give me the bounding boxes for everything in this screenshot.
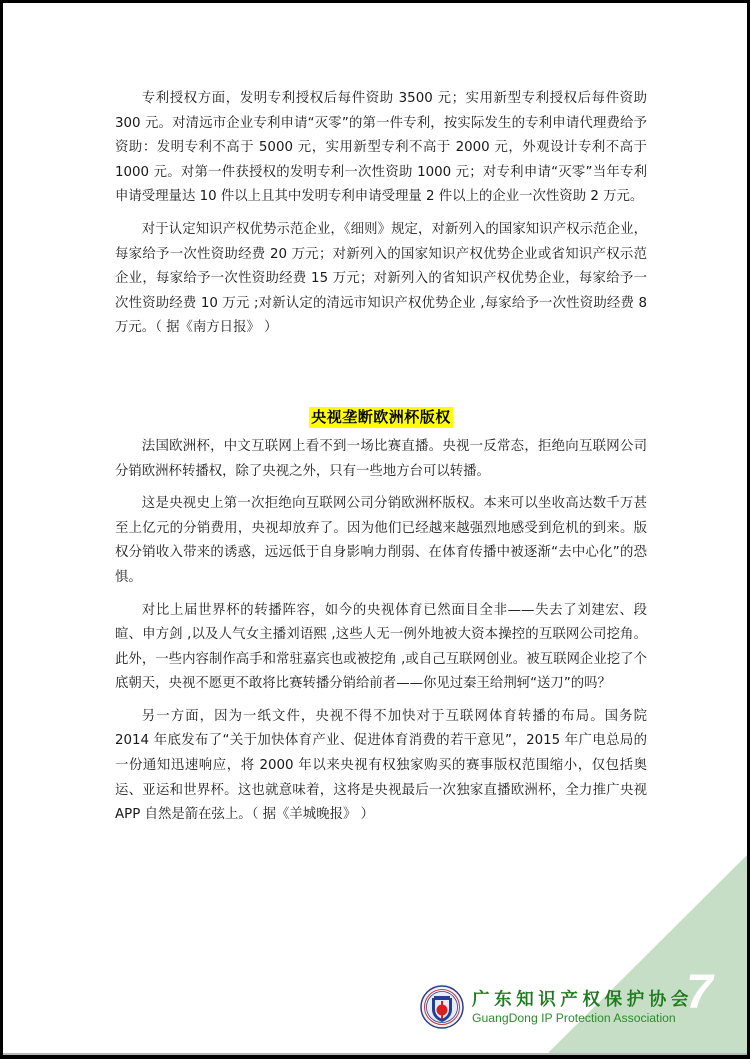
- association-emblem-icon: [420, 985, 464, 1029]
- association-name-en: GuangDong IP Protection Association: [472, 1011, 676, 1025]
- paragraph: 法国欧洲杯，中文互联网上看不到一场比赛直播。央视一反常态，拒绝向互联网公司分销欧…: [115, 435, 647, 484]
- paragraph: 对比上届世界杯的转播阵容，如今的央视体育已然面目全非——失去了刘建宏、段暄、申方…: [115, 599, 647, 697]
- page-edge: [3, 1053, 747, 1055]
- paragraph: 另一方面，因为一纸文件，央视不得不加快对于互联网体育转播的布局。国务院 2014…: [115, 705, 647, 828]
- paragraph: 这是央视史上第一次拒绝向互联网公司分销欧洲杯版权。本来可以坐收高达数千万甚至上亿…: [115, 492, 647, 590]
- paragraph: 专利授权方面，发明专利授权后每件资助 3500 元；实用新型专利授权后每件资助 …: [115, 87, 647, 210]
- document-page: 专利授权方面，发明专利授权后每件资助 3500 元；实用新型专利授权后每件资助 …: [0, 0, 750, 1059]
- article-content: 专利授权方面，发明专利授权后每件资助 3500 元；实用新型专利授权后每件资助 …: [115, 87, 647, 828]
- association-name-cn: 广东知识产权保护协会: [472, 986, 693, 1011]
- section-header: 央视垄断欧洲杯版权: [115, 407, 647, 433]
- page-number: 7: [686, 969, 713, 1017]
- paragraph: 对于认定知识产权优势示范企业，《细则》规定，对新列入的国家知识产权示范企业，每家…: [115, 218, 647, 341]
- section-title: 央视垄断欧洲杯版权: [309, 407, 453, 428]
